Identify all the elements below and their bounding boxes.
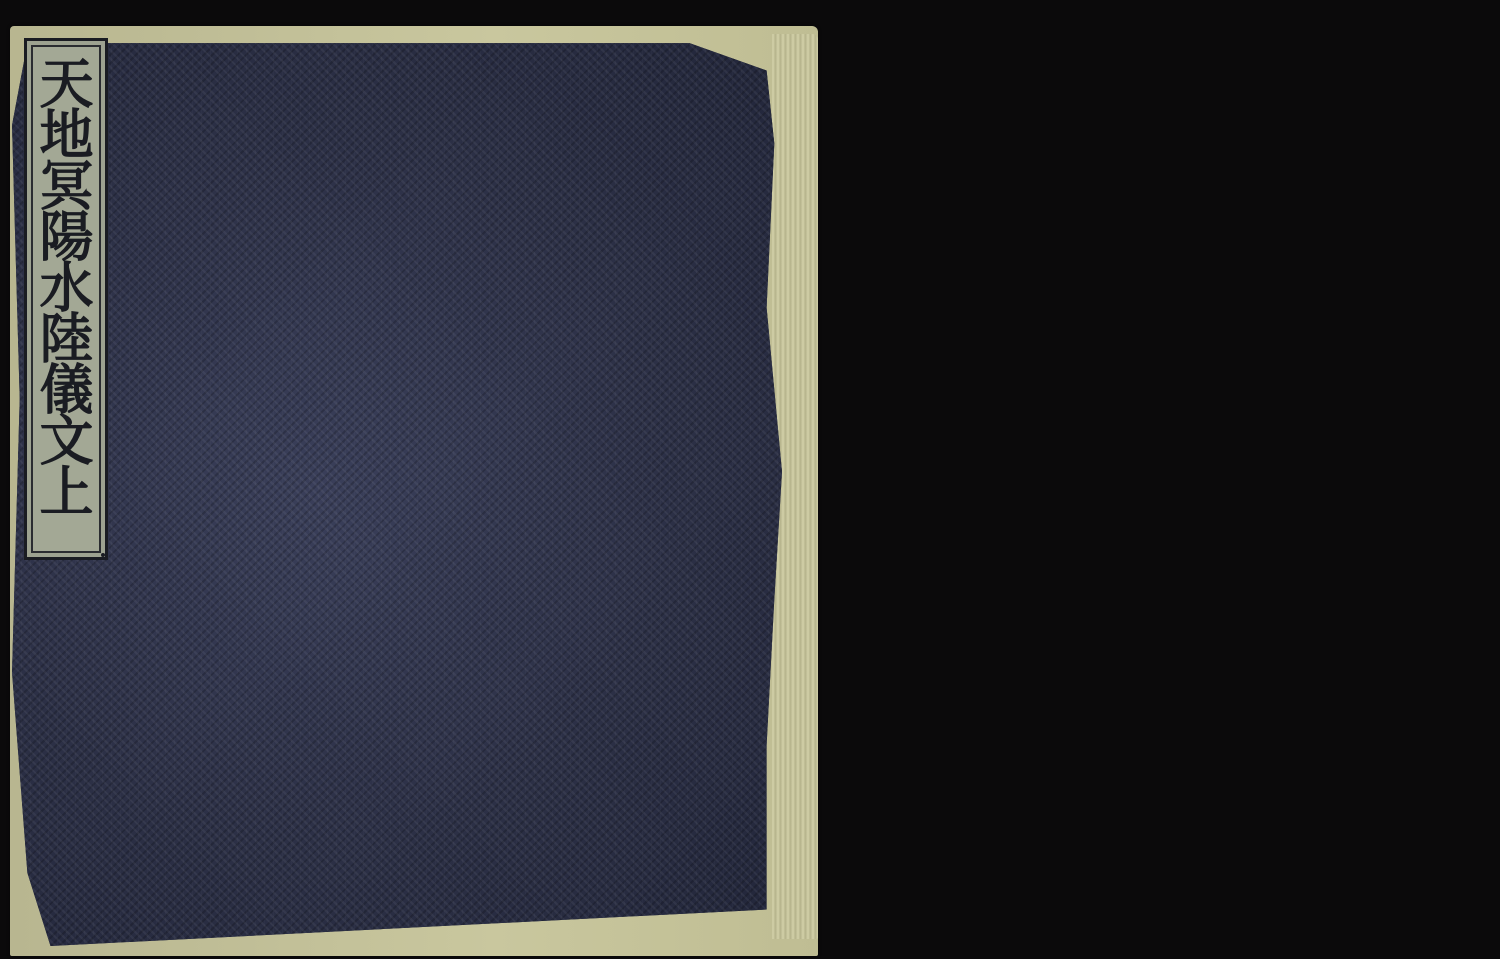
book-title: 天地冥陽水陸儀文上	[27, 55, 105, 514]
photo-scene: 天地冥陽水陸儀文上	[0, 0, 1500, 959]
title-slip: 天地冥陽水陸儀文上	[24, 38, 108, 560]
title-mark	[101, 553, 105, 557]
book-cover	[12, 34, 782, 946]
